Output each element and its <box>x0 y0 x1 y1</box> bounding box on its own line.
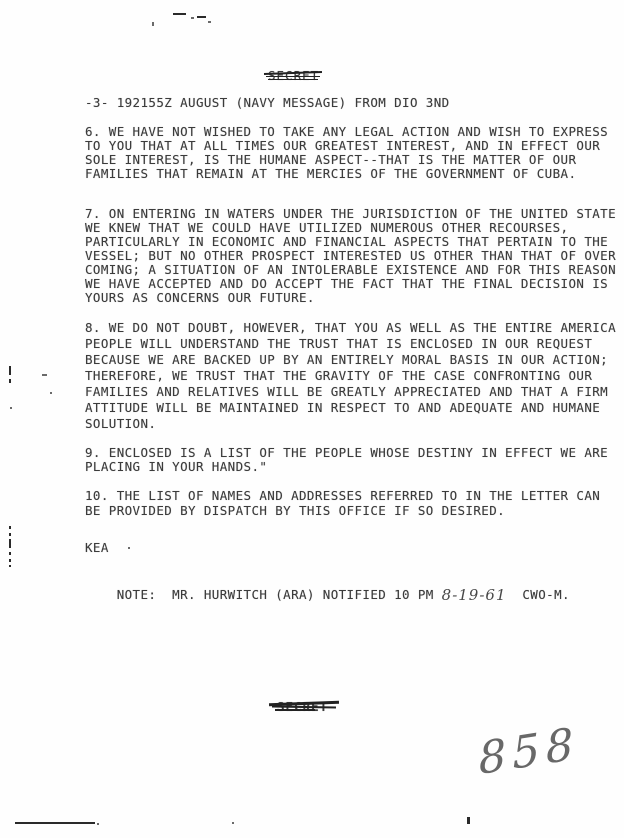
scan-artifact <box>9 539 11 548</box>
scan-artifact <box>10 407 12 409</box>
scan-artifact <box>15 822 95 824</box>
scan-artifact <box>50 392 52 394</box>
handwritten-date: 8-19-61 <box>442 586 507 604</box>
signoff-initials: KEA <box>85 540 109 555</box>
note-line: NOTE: MR. HURWITCH (ARA) NOTIFIED 10 PM … <box>85 570 570 618</box>
scan-artifact <box>191 17 194 19</box>
scan-artifact <box>152 22 154 26</box>
scan-artifact <box>9 533 11 536</box>
handwritten-page-number: 858 <box>477 718 580 785</box>
scan-artifact <box>467 817 470 824</box>
document-page: SECRET -3- 192155Z AUGUST (NAVY MESSAGE)… <box>0 0 624 838</box>
paragraph-10: 10. THE LIST OF NAMES AND ADDRESSES REFE… <box>85 488 600 518</box>
scan-artifact <box>97 823 99 825</box>
scan-artifact <box>128 547 130 549</box>
scan-artifact <box>9 559 11 562</box>
note-typed-suffix: CWO-M. <box>507 587 570 602</box>
scan-artifact <box>9 526 11 529</box>
scan-artifact <box>9 552 11 555</box>
strike-line <box>266 76 320 77</box>
scan-artifact <box>197 16 206 18</box>
scan-artifact <box>42 374 47 376</box>
scan-artifact <box>232 822 234 824</box>
note-typed-prefix: NOTE: MR. HURWITCH (ARA) NOTIFIED 10 PM <box>117 587 442 602</box>
classification-marking-bottom: SECRET <box>277 696 328 715</box>
scan-artifact <box>208 21 211 23</box>
scan-artifact <box>9 565 11 567</box>
strike-line <box>268 79 318 80</box>
scan-artifact <box>9 379 11 383</box>
paragraph-6: 6. WE HAVE NOT WISHED TO TAKE ANY LEGAL … <box>85 125 608 181</box>
classification-marking-top: SECRET <box>268 65 319 84</box>
scan-artifact <box>9 366 11 375</box>
strike-line <box>275 709 315 711</box>
paragraph-7: 7. ON ENTERING IN WATERS UNDER THE JURIS… <box>85 207 616 305</box>
scan-artifact <box>173 13 186 15</box>
message-header: -3- 192155Z AUGUST (NAVY MESSAGE) FROM D… <box>85 95 450 110</box>
paragraph-9: 9. ENCLOSED IS A LIST OF THE PEOPLE WHOS… <box>85 446 608 474</box>
paragraph-8: 8. WE DO NOT DOUBT, HOWEVER, THAT YOU AS… <box>85 320 616 432</box>
